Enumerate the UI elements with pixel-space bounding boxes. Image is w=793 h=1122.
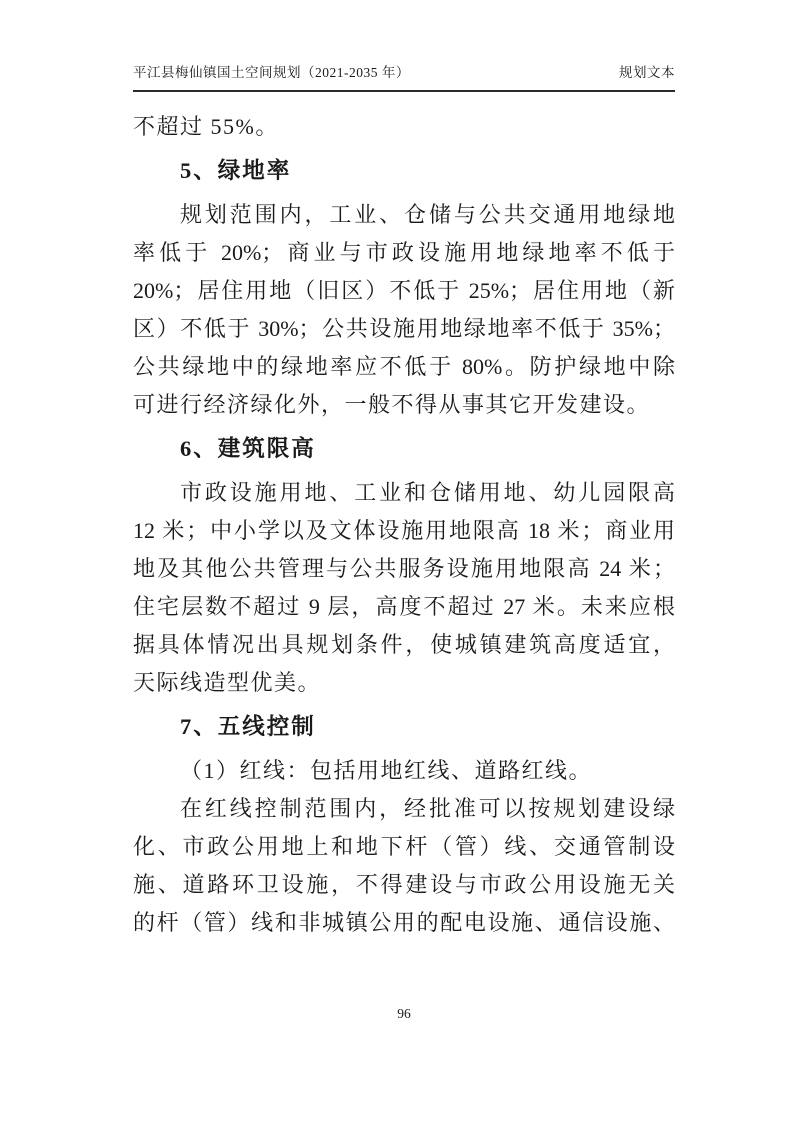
header-document-type: 规划文本	[619, 61, 675, 81]
body-line: 不超过 55%。	[133, 108, 675, 146]
body-line: 施、道路环卫设施，不得建设与市政公用设施无关	[133, 866, 675, 904]
body-line: 20%；居住用地（旧区）不低于 25%；居住用地（新	[133, 272, 675, 310]
page-footer: 96	[133, 1006, 675, 1022]
section-heading-five-line-control: 7、五线控制	[133, 702, 675, 752]
body-line: 据具体情况出具规划条件，使城镇建筑高度适宜，	[133, 626, 675, 664]
section-heading-building-height-limit: 6、建筑限高	[133, 424, 675, 474]
document-body: 不超过 55%。 5、绿地率 规划范围内，工业、仓储与公共交通用地绿地 率低于 …	[133, 108, 675, 942]
body-line: 12 米；中小学以及文体设施用地限高 18 米；商业用	[133, 512, 675, 550]
body-line: 的杆（管）线和非城镇公用的配电设施、通信设施、	[133, 904, 675, 942]
body-line: （1）红线：包括用地红线、道路红线。	[133, 752, 675, 790]
document-page: 平江县梅仙镇国土空间规划（2021-2035 年） 规划文本 不超过 55%。 …	[0, 0, 793, 1122]
body-line: 地及其他公共管理与公共服务设施用地限高 24 米；	[133, 550, 675, 588]
body-line: 规划范围内，工业、仓储与公共交通用地绿地	[133, 196, 675, 234]
page-header: 平江县梅仙镇国土空间规划（2021-2035 年） 规划文本	[133, 61, 675, 92]
body-line: 住宅层数不超过 9 层，高度不超过 27 米。未来应根	[133, 588, 675, 626]
header-document-title: 平江县梅仙镇国土空间规划（2021-2035 年）	[133, 61, 410, 81]
body-line: 化、市政公用地上和地下杆（管）线、交通管制设	[133, 828, 675, 866]
body-line: 公共绿地中的绿地率应不低于 80%。防护绿地中除	[133, 348, 675, 386]
body-line: 在红线控制范围内，经批准可以按规划建设绿	[133, 790, 675, 828]
body-line: 区）不低于 30%；公共设施用地绿地率不低于 35%；	[133, 310, 675, 348]
body-line: 可进行经济绿化外，一般不得从事其它开发建设。	[133, 386, 675, 424]
page-number: 96	[397, 1006, 411, 1021]
body-line: 率低于 20%；商业与市政设施用地绿地率不低于	[133, 234, 675, 272]
body-line: 市政设施用地、工业和仓储用地、幼儿园限高	[133, 474, 675, 512]
section-heading-green-space-rate: 5、绿地率	[133, 146, 675, 196]
body-line: 天际线造型优美。	[133, 664, 675, 702]
